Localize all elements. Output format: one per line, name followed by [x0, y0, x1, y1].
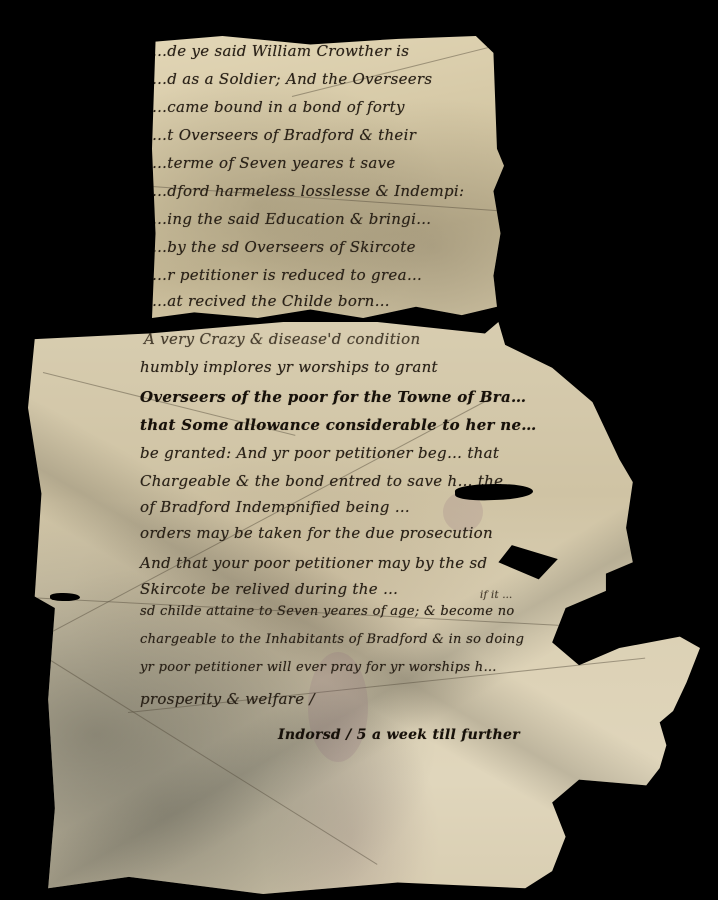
manuscript-line: orders may be taken for the due prosecut… — [140, 524, 493, 542]
manuscript-line: prosperity & welfare / — [140, 690, 315, 708]
main-manuscript-sheet: A very Crazy & disease'd condition humbl… — [28, 322, 700, 894]
upper-manuscript-fragment: …de ye said William Crowther is …d as a … — [152, 36, 504, 318]
manuscript-line: …dford harmeless losslesse & Indempi: — [152, 182, 464, 200]
scan-background: …de ye said William Crowther is …d as a … — [0, 0, 718, 900]
manuscript-line: sd childe attaine to Seven yeares of age… — [140, 604, 515, 619]
manuscript-line: And that your poor petitioner may by the… — [140, 554, 487, 572]
manuscript-line: …ing the said Education & bringi… — [152, 210, 431, 228]
manuscript-line: Chargeable & the bond entred to save h… … — [140, 472, 503, 490]
manuscript-line: …de ye said William Crowther is — [152, 42, 409, 60]
manuscript-line: humbly implores yr worships to grant — [140, 358, 438, 376]
manuscript-line: of Bradford Indempnified being … — [140, 498, 410, 516]
manuscript-line: …terme of Seven yeares t save — [152, 154, 396, 172]
manuscript-line: that Some allowance considerable to her … — [140, 416, 537, 434]
manuscript-line: …at recived the Childe born… — [152, 292, 390, 310]
manuscript-line: A very Crazy & disease'd condition — [144, 330, 420, 348]
manuscript-line: yr poor petitioner will ever pray for yr… — [140, 660, 497, 675]
manuscript-line: …d as a Soldier; And the Overseers — [152, 70, 432, 88]
torn-hole — [50, 593, 80, 601]
manuscript-line: …came bound in a bond of forty — [152, 98, 405, 116]
manuscript-line: …by the sd Overseers of Skircote — [152, 238, 416, 256]
manuscript-line: be granted: And yr poor petitioner beg… … — [140, 444, 499, 462]
interlinear-insertion: if it … — [480, 590, 513, 601]
manuscript-line: chargeable to the Inhabitants of Bradfor… — [140, 632, 524, 647]
manuscript-line: Skircote be relived during the … — [140, 580, 398, 598]
manuscript-line: Overseers of the poor for the Towne of B… — [140, 388, 526, 406]
endorsement-signature: Indorsd / 5 a week till further — [278, 727, 520, 743]
manuscript-line: …r petitioner is reduced to grea… — [152, 266, 422, 284]
manuscript-line: …t Overseers of Bradford & their — [152, 126, 416, 144]
